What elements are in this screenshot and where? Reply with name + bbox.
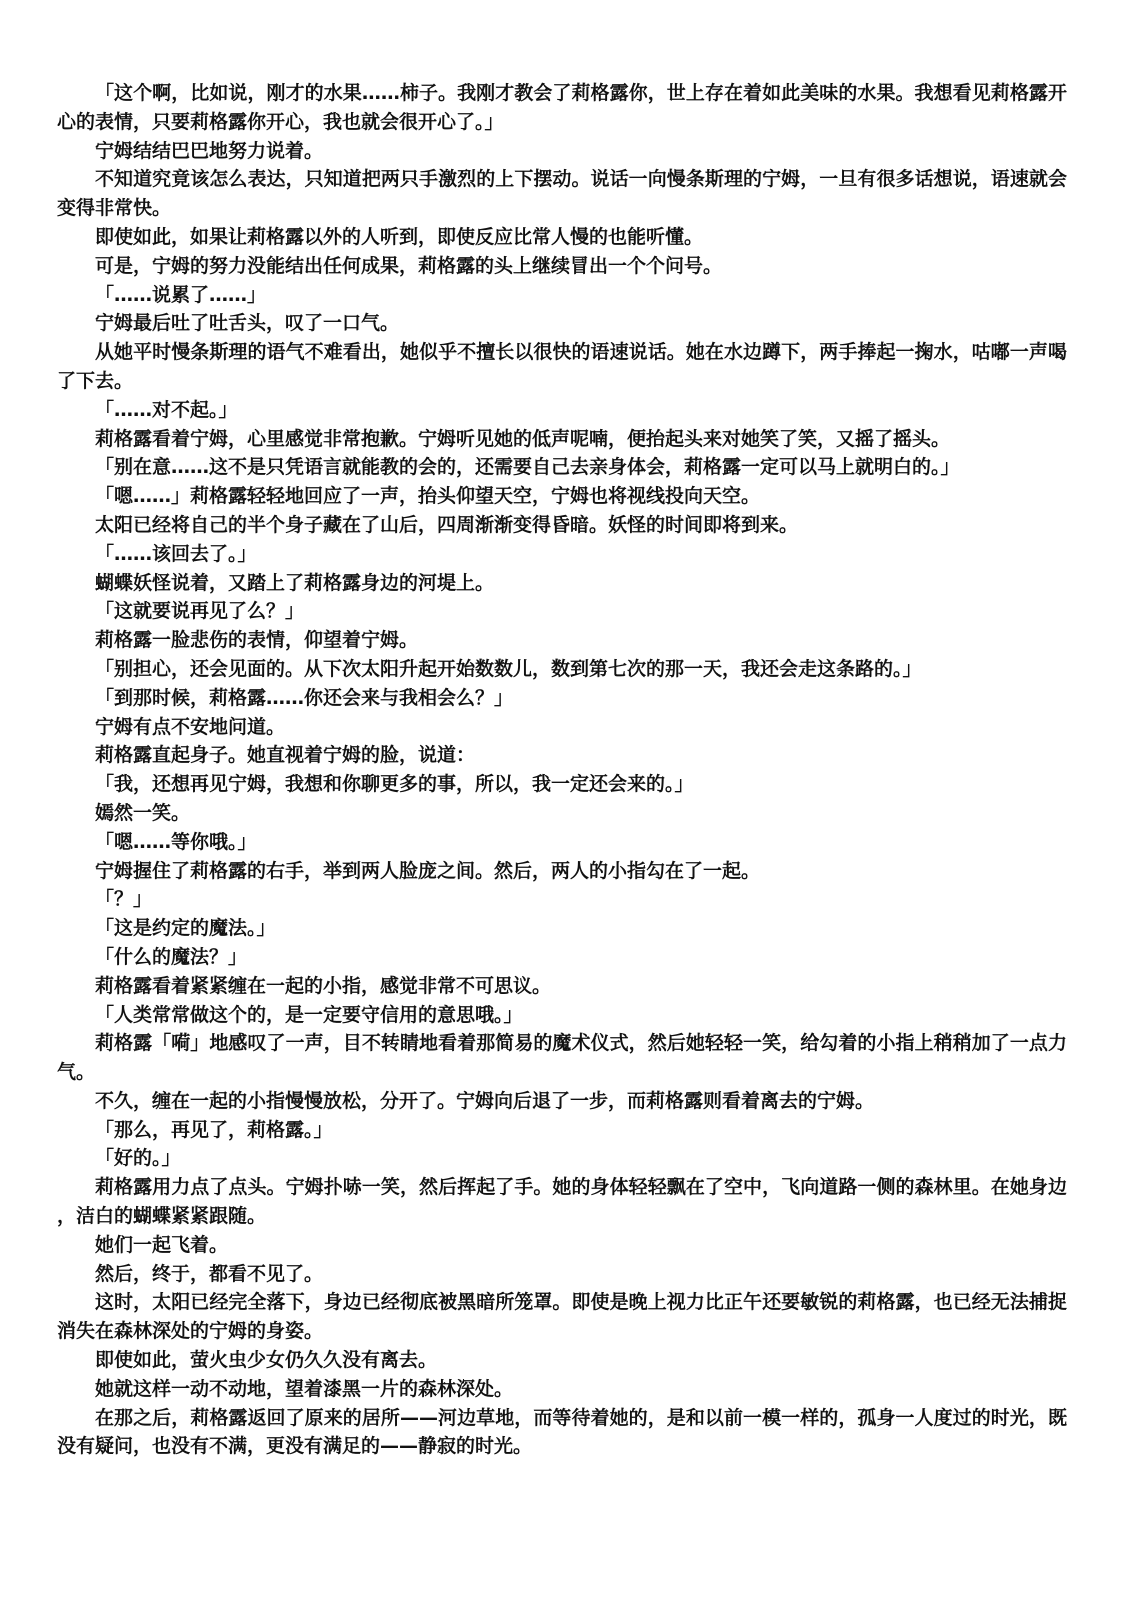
paragraph: 宁姆最后吐了吐舌头，叹了一口气。: [57, 309, 1067, 338]
paragraph: 「什么的魔法？」: [57, 943, 1067, 972]
paragraph: 莉格露用力点了点头。宁姆扑哧一笑，然后挥起了手。她的身体轻轻飘在了空中，飞向道路…: [57, 1173, 1067, 1231]
paragraph: 从她平时慢条斯理的语气不难看出，她似乎不擅长以很快的语速说话。她在水边蹲下，两手…: [57, 338, 1067, 396]
paragraph: 蝴蝶妖怪说着，又踏上了莉格露身边的河堤上。: [57, 569, 1067, 598]
paragraph: 她们一起飞着。: [57, 1231, 1067, 1260]
paragraph: 这时，太阳已经完全落下，身边已经彻底被黑暗所笼罩。即使是晚上视力比正午还要敏锐的…: [57, 1288, 1067, 1346]
paragraph: 「……对不起。」: [57, 396, 1067, 425]
paragraph: 「这个啊，比如说，刚才的水果……柿子。我刚才教会了莉格露你，世上存在着如此美味的…: [57, 79, 1067, 137]
paragraph: 「别在意……这不是只凭语言就能教的会的，还需要自己去亲身体会，莉格露一定可以马上…: [57, 453, 1067, 482]
paragraph: 「嗯……」莉格露轻轻地回应了一声，抬头仰望天空，宁姆也将视线投向天空。: [57, 482, 1067, 511]
paragraph: 「这是约定的魔法。」: [57, 914, 1067, 943]
paragraph: 「？」: [57, 885, 1067, 914]
paragraph: 宁姆握住了莉格露的右手，举到两人脸庞之间。然后，两人的小指勾在了一起。: [57, 857, 1067, 886]
paragraph: 可是，宁姆的努力没能结出任何成果，莉格露的头上继续冒出一个个问号。: [57, 252, 1067, 281]
paragraph: 「这就要说再见了么？」: [57, 597, 1067, 626]
paragraph: 「……该回去了。」: [57, 540, 1067, 569]
paragraph: 宁姆有点不安地问道。: [57, 713, 1067, 742]
paragraph: 「我，还想再见宁姆，我想和你聊更多的事，所以，我一定还会来的。」: [57, 770, 1067, 799]
paragraph: 「那么，再见了，莉格露。」: [57, 1116, 1067, 1145]
paragraph: 即使如此，萤火虫少女仍久久没有离去。: [57, 1346, 1067, 1375]
paragraph: 「……说累了……」: [57, 281, 1067, 310]
paragraph: 莉格露看着紧紧缠在一起的小指，感觉非常不可思议。: [57, 972, 1067, 1001]
paragraph: 「嗯……等你哦。」: [57, 828, 1067, 857]
paragraph: 即使如此，如果让莉格露以外的人听到，即使反应比常人慢的也能听懂。: [57, 223, 1067, 252]
paragraph: 不久，缠在一起的小指慢慢放松，分开了。宁姆向后退了一步，而莉格露则看着离去的宁姆…: [57, 1087, 1067, 1116]
paragraph: 「好的。」: [57, 1144, 1067, 1173]
paragraph: 「到那时候，莉格露……你还会来与我相会么？」: [57, 684, 1067, 713]
paragraph: 「别担心，还会见面的。从下次太阳升起开始数数儿，数到第七次的那一天，我还会走这条…: [57, 655, 1067, 684]
paragraph: 然后，终于，都看不见了。: [57, 1260, 1067, 1289]
paragraph: 在那之后，莉格露返回了原来的居所——河边草地，而等待着她的，是和以前一模一样的，…: [57, 1404, 1067, 1462]
paragraph: 「人类常常做这个的，是一定要守信用的意思哦。」: [57, 1001, 1067, 1030]
paragraph: 莉格露一脸悲伤的表情，仰望着宁姆。: [57, 626, 1067, 655]
paragraph: 宁姆结结巴巴地努力说着。: [57, 137, 1067, 166]
paragraph: 她就这样一动不动地，望着漆黑一片的森林深处。: [57, 1375, 1067, 1404]
paragraph: 莉格露「嗬」地感叹了一声，目不转睛地看着那简易的魔术仪式，然后她轻轻一笑，给勾着…: [57, 1029, 1067, 1087]
paragraph: 嫣然一笑。: [57, 799, 1067, 828]
paragraph: 太阳已经将自己的半个身子藏在了山后，四周渐渐变得昏暗。妖怪的时间即将到来。: [57, 511, 1067, 540]
paragraph: 莉格露直起身子。她直视着宁姆的脸，说道：: [57, 741, 1067, 770]
paragraph: 不知道究竟该怎么表达，只知道把两只手激烈的上下摆动。说话一向慢条斯理的宁姆，一旦…: [57, 165, 1067, 223]
document-page: 「这个啊，比如说，刚才的水果……柿子。我刚才教会了莉格露你，世上存在着如此美味的…: [57, 79, 1067, 1461]
paragraph: 莉格露看着宁姆，心里感觉非常抱歉。宁姆听见她的低声呢喃，便抬起头来对她笑了笑，又…: [57, 425, 1067, 454]
